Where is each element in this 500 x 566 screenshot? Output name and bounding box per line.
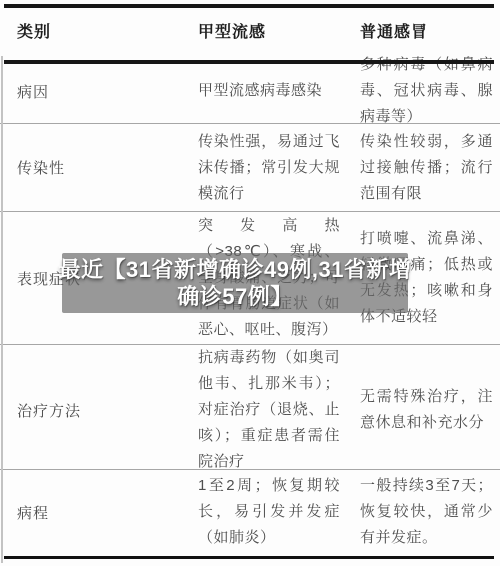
column-header-influenza-a: 甲型流感: [198, 19, 340, 42]
table-header-row: 类别 甲型流感 普通感冒: [0, 8, 500, 52]
news-headline-overlay: 最近【31省新增确诊49例,31省新增 确诊57例】: [62, 253, 408, 313]
table-bottom-border: [4, 556, 494, 559]
row-label: 治疗方法: [17, 400, 178, 421]
news-headline-line-1: 最近【31省新增确诊49例,31省新增: [58, 256, 411, 283]
row-label: 病因: [17, 81, 178, 102]
row-label: 传染性: [17, 157, 178, 178]
cold-cell: 一般持续3至7天；恢复较快，通常少有并发症。: [360, 473, 493, 551]
cold-cell: 无需特殊治疗，注意休息和补充水分: [360, 384, 493, 436]
table-row-duration: 病程 1至2周；恢复期较长，易引发并发症（如肺炎） 一般持续3至7天；恢复较快，…: [0, 469, 500, 554]
flu-vs-cold-comparison-table-image: 类别 甲型流感 普通感冒 病因 甲型流感病毒感染 多种病毒（如鼻病毒、冠状病毒、…: [0, 0, 500, 566]
cold-cell: 传染性较弱，多通过接触传播；流行范围有限: [360, 129, 493, 207]
column-header-common-cold: 普通感冒: [360, 19, 493, 42]
flu-cell: 甲型流感病毒感染: [198, 78, 340, 104]
table-row-infectivity: 传染性 传染性强，易通过飞沫传播；常引发大规模流行 传染性较弱，多通过接触传播；…: [0, 123, 500, 211]
row-label: 病程: [17, 502, 178, 523]
news-headline-line-2: 确诊57例】: [177, 283, 292, 310]
flu-cell: 1至2周；恢复期较长，易引发并发症（如肺炎）: [198, 473, 340, 551]
image-left-edge-line: [1, 56, 3, 563]
flu-cell: 传染性强，易通过飞沫传播；常引发大规模流行: [198, 129, 340, 207]
header-bottom-border: [4, 60, 494, 64]
flu-cell: 抗病毒药物（如奥司他韦、扎那米韦）；对症治疗（退烧、止咳）；重症患者需住院治疗: [198, 345, 340, 475]
column-header-category: 类别: [17, 19, 178, 42]
table-row-treatment: 治疗方法 抗病毒药物（如奥司他韦、扎那米韦）；对症治疗（退烧、止咳）；重症患者需…: [0, 344, 500, 469]
